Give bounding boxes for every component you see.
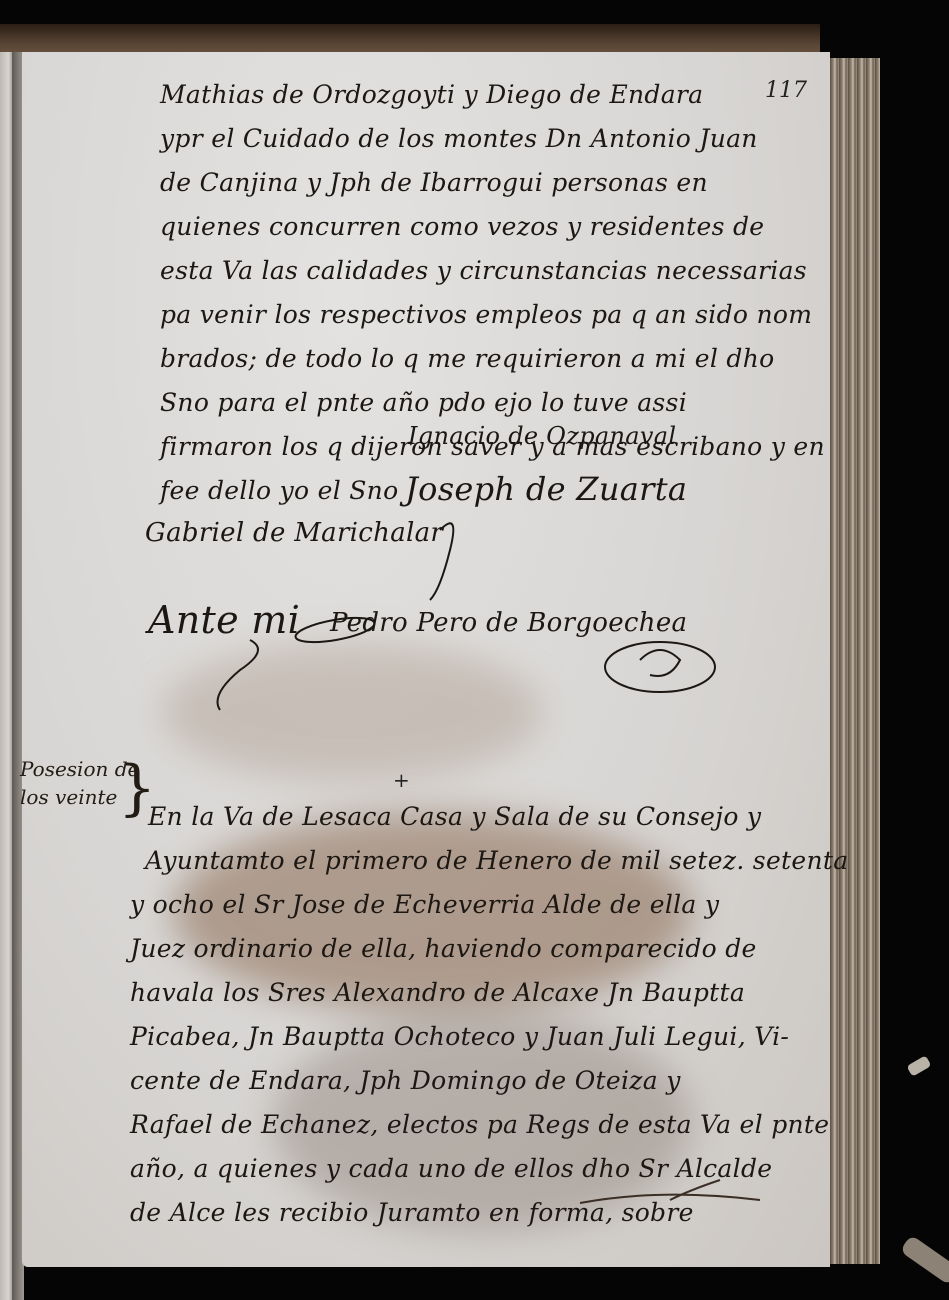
text-line: año, a quienes y cada uno de ellos dho S…: [130, 1154, 772, 1183]
text-line: de Alce les recibio Juramto en forma, so…: [130, 1198, 694, 1227]
signature-flourish-icon: [0, 0, 949, 1300]
separator-cross: +: [393, 768, 410, 792]
text-line: havala los Sres Alexandro de Alcaxe Jn B…: [130, 978, 745, 1007]
text-line: Picabea, Jn Bauptta Ochoteco y Juan Juli…: [130, 1022, 789, 1051]
text-line: cente de Endara, Jph Domingo de Oteiza y: [130, 1066, 681, 1095]
text-line: Ayuntamto el primero de Henero de mil se…: [145, 846, 848, 875]
text-line: y ocho el Sr Jose de Echeverria Alde de …: [130, 890, 719, 919]
text-line: Rafael de Echanez, electos pa Regs de es…: [130, 1110, 829, 1139]
text-line: Juez ordinario de ella, haviendo compare…: [130, 934, 757, 963]
text-line: En la Va de Lesaca Casa y Sala de su Con…: [148, 802, 761, 831]
